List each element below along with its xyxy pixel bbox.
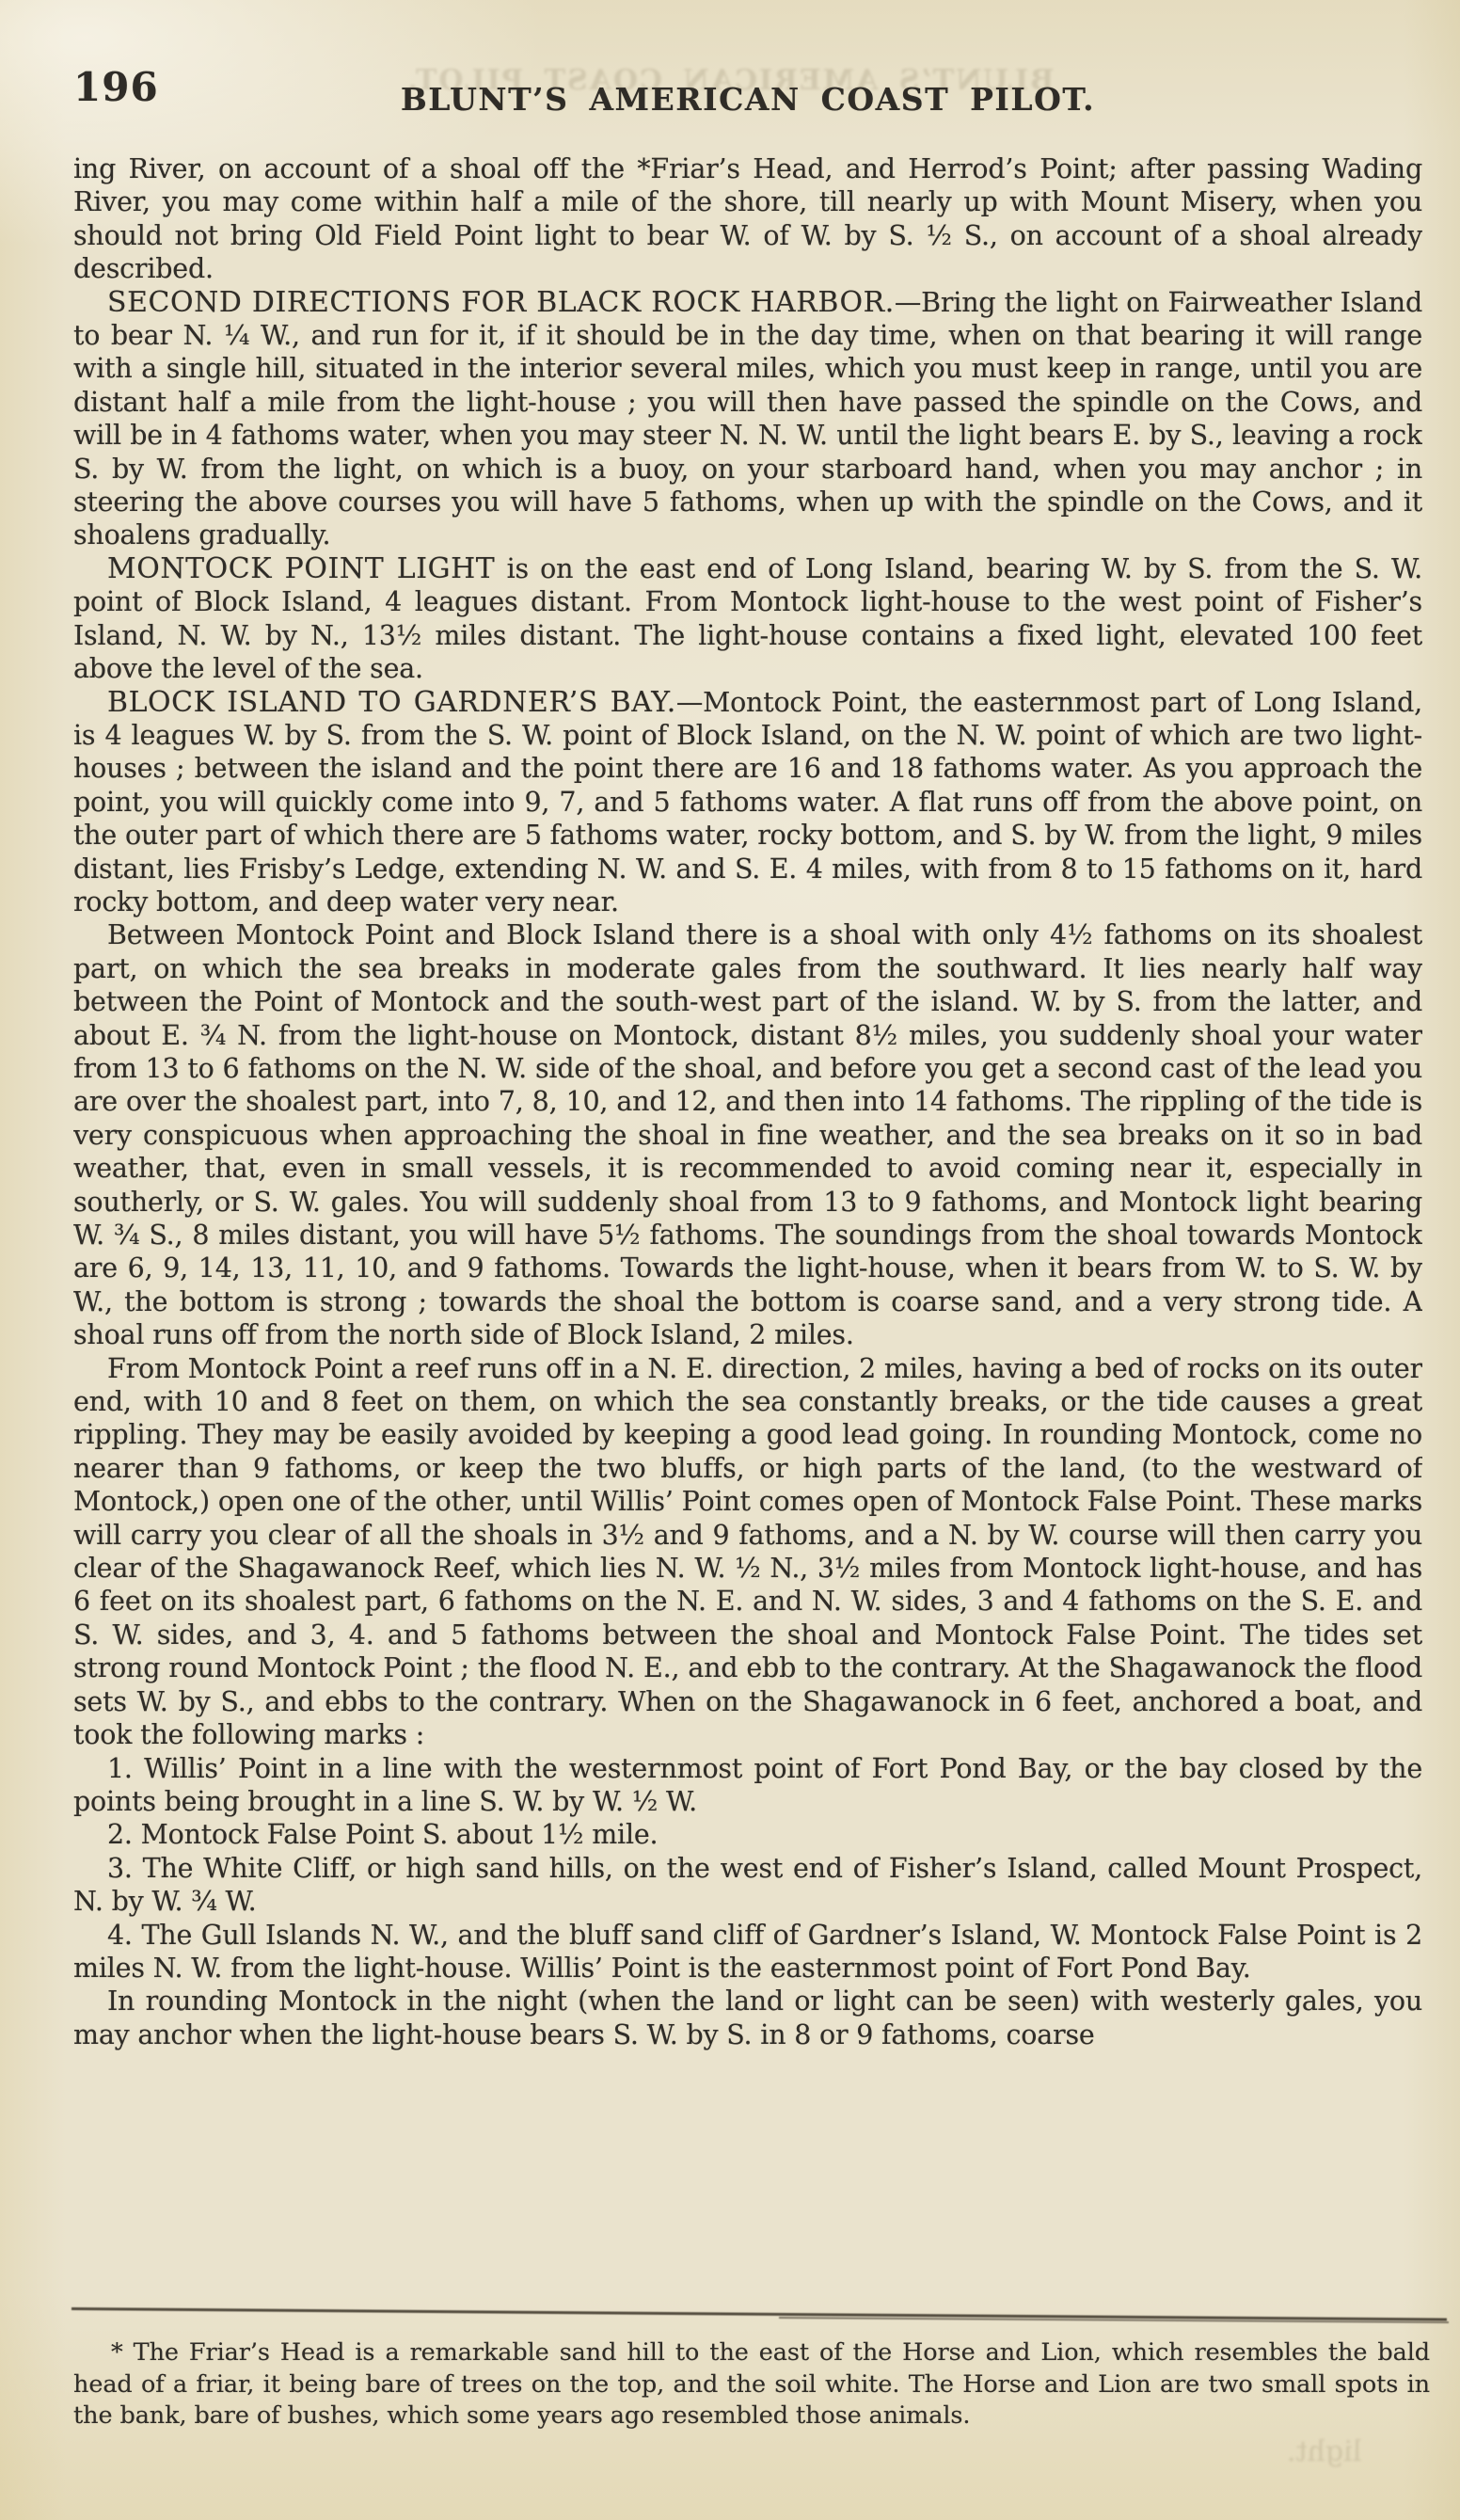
paragraph: ing River, on account of a shoal off the… [73, 152, 1422, 286]
page-number: 196 [73, 64, 159, 110]
paragraph: In rounding Montock in the night (when t… [73, 1985, 1422, 2051]
paragraph: Between Montock Point and Block Island t… [73, 918, 1422, 1351]
paragraph: MONTOCK POINT LIGHT is on the east end o… [73, 552, 1422, 686]
paragraph: SECOND DIRECTIONS FOR BLACK ROCK HARBOR.… [73, 286, 1422, 552]
paragraph: 4. The Gull Islands N. W., and the bluff… [73, 1919, 1422, 1986]
page-header: 196 BLUNT’S AMERICAN COAST PILOT. [73, 60, 1422, 119]
paragraph: 1. Willis’ Point in a line with the west… [73, 1752, 1422, 1819]
body-text: ing River, on account of a shoal off the… [73, 152, 1422, 2317]
bleed-through-text: light. [1287, 2435, 1361, 2468]
paragraph: 2. Montock False Point S. about 1½ mile. [73, 1818, 1422, 1851]
paragraph-lead: BLOCK ISLAND TO GARDNER’S BAY. [107, 686, 676, 719]
paragraph: BLOCK ISLAND TO GARDNER’S BAY.—Montock P… [73, 686, 1422, 919]
running-title: BLUNT’S AMERICAN COAST PILOT. [73, 60, 1422, 118]
paragraph: 3. The White Cliff, or high sand hills, … [73, 1852, 1422, 1919]
book-page: BLUNT’S AMERICAN COAST PILOT. 196 BLUNT’… [0, 0, 1460, 2520]
footnote: * The Friar’s Head is a remarkable sand … [73, 2337, 1430, 2432]
page-content: 196 BLUNT’S AMERICAN COAST PILOT. ing Ri… [73, 60, 1422, 2317]
paragraph-lead: MONTOCK POINT LIGHT [107, 552, 495, 585]
paragraph: From Montock Point a reef runs off in a … [73, 1352, 1422, 1752]
paragraph-lead: SECOND DIRECTIONS FOR BLACK ROCK HARBOR. [107, 286, 895, 319]
